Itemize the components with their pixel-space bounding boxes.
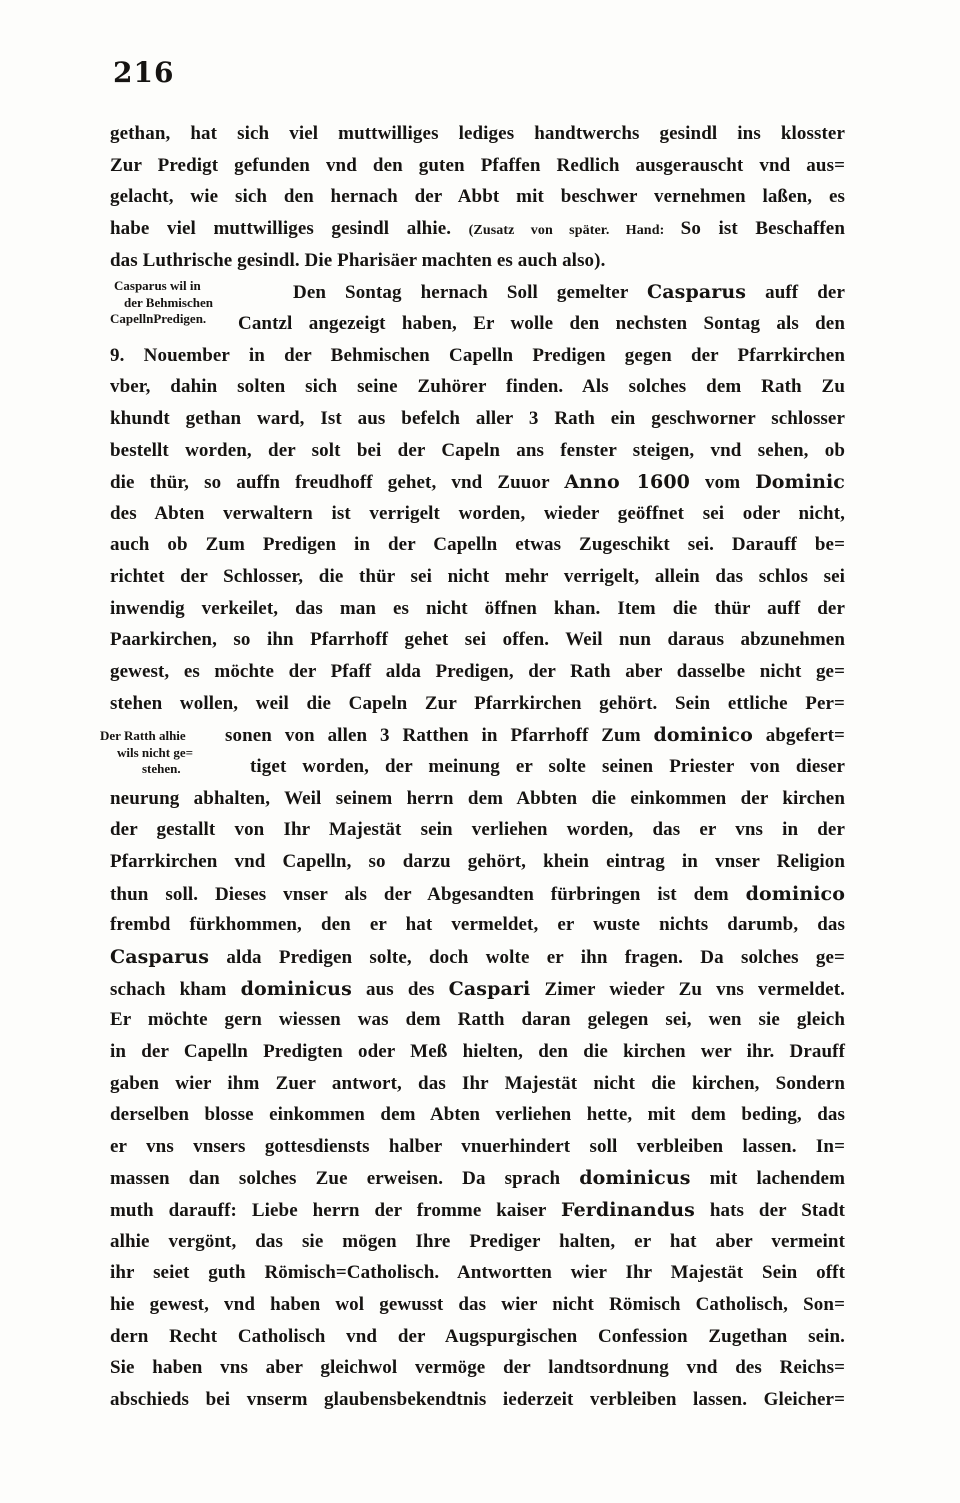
fraktur-text: neurung abhalten, Weil seinem herrn dem …: [110, 788, 845, 809]
body-text-line: er vns vnsers gottesdiensts halber vnuer…: [110, 1131, 845, 1163]
body-text-line: gewest, es möchte der Pfaff alda Predige…: [110, 656, 845, 688]
fraktur-text: alhie vergönt, das sie mögen Ihre Predig…: [110, 1231, 845, 1252]
fraktur-text: vom: [690, 472, 755, 493]
margin-note-ratth-line: stehen.: [142, 760, 181, 777]
body-text-line: dern Recht Catholisch vnd der Augspurgis…: [110, 1321, 845, 1353]
fraktur-text: Den Sontag hernach Soll gemelter: [293, 282, 647, 303]
body-text-line: gaben wier ihm Zuer antwort, das Ihr Maj…: [110, 1068, 845, 1100]
roman-name-text: dominicus: [241, 978, 352, 1000]
body-text-line: gelacht, wie sich den hernach der Abbt m…: [110, 181, 845, 213]
body-text-line: vber, dahin solten sich seine Zuhörer fi…: [110, 371, 845, 403]
roman-name-text: Anno 1600: [564, 471, 690, 493]
fraktur-text: gelacht, wie sich den hernach der Abbt m…: [110, 186, 845, 207]
body-text-line: bestellt worden, der solt bei der Capeln…: [110, 435, 845, 467]
margin-note-casparus-line: Casparus wil in: [114, 277, 201, 294]
fraktur-text: thun soll. Dieses vnser als der Abgesand…: [110, 884, 746, 905]
body-text-line: schach kham dominicus aus des Caspari Zi…: [110, 973, 845, 1005]
body-text-line: Zur Predigt gefunden vnd den guten Pfaff…: [110, 150, 845, 182]
body-text-line: Sie haben vns aber gleichwol vermöge der…: [110, 1352, 845, 1384]
body-text-line: muth darauff: Liebe herrn der fromme kai…: [110, 1194, 845, 1226]
body-text-line: 9. Nouember in der Behmischen Capelln Pr…: [110, 340, 845, 372]
fraktur-text: 9. Nouember in der Behmischen Capelln Pr…: [110, 345, 845, 366]
body-text-line: Er möchte gern wiessen was dem Ratth dar…: [110, 1004, 845, 1036]
body-text-line: stehen wollen, weil die Capeln Zur Pfarr…: [110, 688, 845, 720]
page-number: 216: [113, 56, 174, 89]
fraktur-text: Er möchte gern wiessen was dem Ratth dar…: [110, 1009, 845, 1030]
fraktur-text: abschieds bei vnserm glaubensbekendtnis …: [110, 1389, 845, 1410]
fraktur-text: in der Capelln Predigten oder Meß hielte…: [110, 1041, 845, 1062]
body-text-line: alhie vergönt, das sie mögen Ihre Predig…: [110, 1226, 845, 1258]
fraktur-text: die thür, so auffn freudhoff gehet, vnd …: [110, 472, 564, 493]
fraktur-text: schach kham: [110, 979, 241, 1000]
editorial-note-text: (Zusatz von später. Hand:: [469, 223, 681, 238]
body-text-line: richtet der Schlosser, die thür sei nich…: [110, 561, 845, 593]
fraktur-text: er vns vnsers gottesdiensts halber vnuer…: [110, 1136, 845, 1157]
body-text-line: der gestallt von Ihr Majestät sein verli…: [110, 814, 845, 846]
body-text-line: hie gewest, vnd haben wol gewusst das wi…: [110, 1289, 845, 1321]
fraktur-text: hie gewest, vnd haben wol gewusst das wi…: [110, 1294, 845, 1315]
body-text-line: des Abten verwaltern ist verrigelt worde…: [110, 498, 845, 530]
body-text-line: inwendig verkeilet, das man es nicht öff…: [110, 593, 845, 625]
fraktur-text: gethan, hat sich viel muttwilliges ledig…: [110, 123, 845, 144]
fraktur-text: aus des: [352, 979, 449, 1000]
body-text-line: ihr seiet guth Römisch=Catholisch. Antwo…: [110, 1257, 845, 1289]
body-text-line: Casparus alda Predigen solte, doch wolte…: [110, 941, 845, 973]
fraktur-text: tiget worden, der meinung er solte seine…: [250, 756, 845, 777]
roman-name-text: dominico: [654, 724, 753, 746]
fraktur-text: massen dan solches Zue erweisen. Da spra…: [110, 1168, 579, 1189]
fraktur-text: auff der: [746, 282, 845, 303]
roman-name-text: Casparus: [110, 946, 209, 968]
fraktur-text: bestellt worden, der solt bei der Capeln…: [110, 440, 845, 461]
fraktur-text: frembd fürkhommen, den er hat vermeldet,…: [110, 914, 845, 935]
fraktur-text: derselben blosse einkommen dem Abten ver…: [110, 1104, 845, 1125]
fraktur-text: vber, dahin solten sich seine Zuhörer fi…: [110, 376, 845, 397]
roman-name-text: Caspari: [449, 978, 531, 1000]
fraktur-text: mit lachendem: [691, 1168, 845, 1189]
fraktur-text: inwendig verkeilet, das man es nicht öff…: [110, 598, 845, 619]
margin-note-ratth-line: wils nicht ge=: [117, 744, 193, 761]
body-text-line: das Luthrische gesindl. Die Pharisäer ma…: [110, 245, 845, 277]
body-text-line: khundt gethan ward, Ist aus befelch alle…: [110, 403, 845, 435]
fraktur-text: Paarkirchen, so ihn Pfarrhoff gehet sei …: [110, 629, 845, 650]
fraktur-text: gaben wier ihm Zuer antwort, das Ihr Maj…: [110, 1073, 845, 1094]
fraktur-text: stehen wollen, weil die Capeln Zur Pfarr…: [110, 693, 845, 714]
fraktur-text: khundt gethan ward, Ist aus befelch alle…: [110, 408, 845, 429]
roman-name-text: Dominic: [755, 471, 845, 493]
body-text-line: derselben blosse einkommen dem Abten ver…: [110, 1099, 845, 1131]
margin-note-casparus-line: CapellnPredigen.: [110, 310, 206, 327]
fraktur-text: So ist Beschaffen: [681, 218, 845, 239]
margin-note-ratth-line: Der Ratth alhie: [100, 727, 186, 744]
roman-name-text: dominico: [746, 883, 845, 905]
roman-name-text: Ferdinandus: [561, 1199, 695, 1221]
fraktur-text: Cantzl angezeigt haben, Er wolle den nec…: [238, 313, 845, 334]
roman-name-text: Casparus: [647, 281, 746, 303]
fraktur-text: habe viel muttwilliges gesindl alhie.: [110, 218, 469, 239]
body-text-line: abschieds bei vnserm glaubensbekendtnis …: [110, 1384, 845, 1416]
body-text-line: massen dan solches Zue erweisen. Da spra…: [110, 1162, 845, 1194]
fraktur-text: Sie haben vns aber gleichwol vermöge der…: [110, 1357, 845, 1378]
roman-name-text: dominicus: [579, 1167, 690, 1189]
fraktur-text: Zur Predigt gefunden vnd den guten Pfaff…: [110, 155, 845, 176]
fraktur-text: auch ob Zum Predigen in der Capelln etwa…: [110, 534, 845, 555]
fraktur-text: Zimer wieder Zu vns vermeldet.: [530, 979, 845, 1000]
fraktur-text: alda Predigen solte, doch wolte er ihn f…: [209, 947, 845, 968]
fraktur-text: hats der Stadt: [695, 1200, 845, 1221]
fraktur-text: Pfarrkirchen vnd Capelln, so darzu gehör…: [110, 851, 845, 872]
fraktur-text: dern Recht Catholisch vnd der Augspurgis…: [110, 1326, 845, 1347]
body-text-line: auch ob Zum Predigen in der Capelln etwa…: [110, 529, 845, 561]
fraktur-text: abgefert=: [753, 725, 845, 746]
body-text-line: neurung abhalten, Weil seinem herrn dem …: [110, 783, 845, 815]
body-text-line: habe viel muttwilliges gesindl alhie. (Z…: [110, 213, 845, 245]
body-text-line: in der Capelln Predigten oder Meß hielte…: [110, 1036, 845, 1068]
body-text-line: gethan, hat sich viel muttwilliges ledig…: [110, 118, 845, 150]
body-text-line: thun soll. Dieses vnser als der Abgesand…: [110, 878, 845, 910]
scanned-book-page: 216 gethan, hat sich viel muttwilliges l…: [0, 0, 960, 1503]
body-text-line: die thür, so auffn freudhoff gehet, vnd …: [110, 466, 845, 498]
body-text-line: sonen von allen 3 Ratthen in Pfarrhoff Z…: [225, 719, 845, 751]
body-text-line: Pfarrkirchen vnd Capelln, so darzu gehör…: [110, 846, 845, 878]
fraktur-text: richtet der Schlosser, die thür sei nich…: [110, 566, 845, 587]
body-text-line: frembd fürkhommen, den er hat vermeldet,…: [110, 909, 845, 941]
fraktur-text: des Abten verwaltern ist verrigelt worde…: [110, 503, 845, 524]
body-text-line: Den Sontag hernach Soll gemelter Casparu…: [293, 276, 845, 308]
margin-note-casparus-line: der Behmischen: [124, 294, 213, 311]
body-text-line: tiget worden, der meinung er solte seine…: [250, 751, 845, 783]
fraktur-text: muth darauff: Liebe herrn der fromme kai…: [110, 1200, 561, 1221]
fraktur-text: sonen von allen 3 Ratthen in Pfarrhoff Z…: [225, 725, 654, 746]
body-text-line: Paarkirchen, so ihn Pfarrhoff gehet sei …: [110, 624, 845, 656]
fraktur-text: das Luthrische gesindl. Die Pharisäer ma…: [110, 250, 605, 271]
fraktur-text: gewest, es möchte der Pfaff alda Predige…: [110, 661, 845, 682]
body-text-line: Cantzl angezeigt haben, Er wolle den nec…: [238, 308, 845, 340]
fraktur-text: der gestallt von Ihr Majestät sein verli…: [110, 819, 845, 840]
fraktur-text: ihr seiet guth Römisch=Catholisch. Antwo…: [110, 1262, 845, 1283]
